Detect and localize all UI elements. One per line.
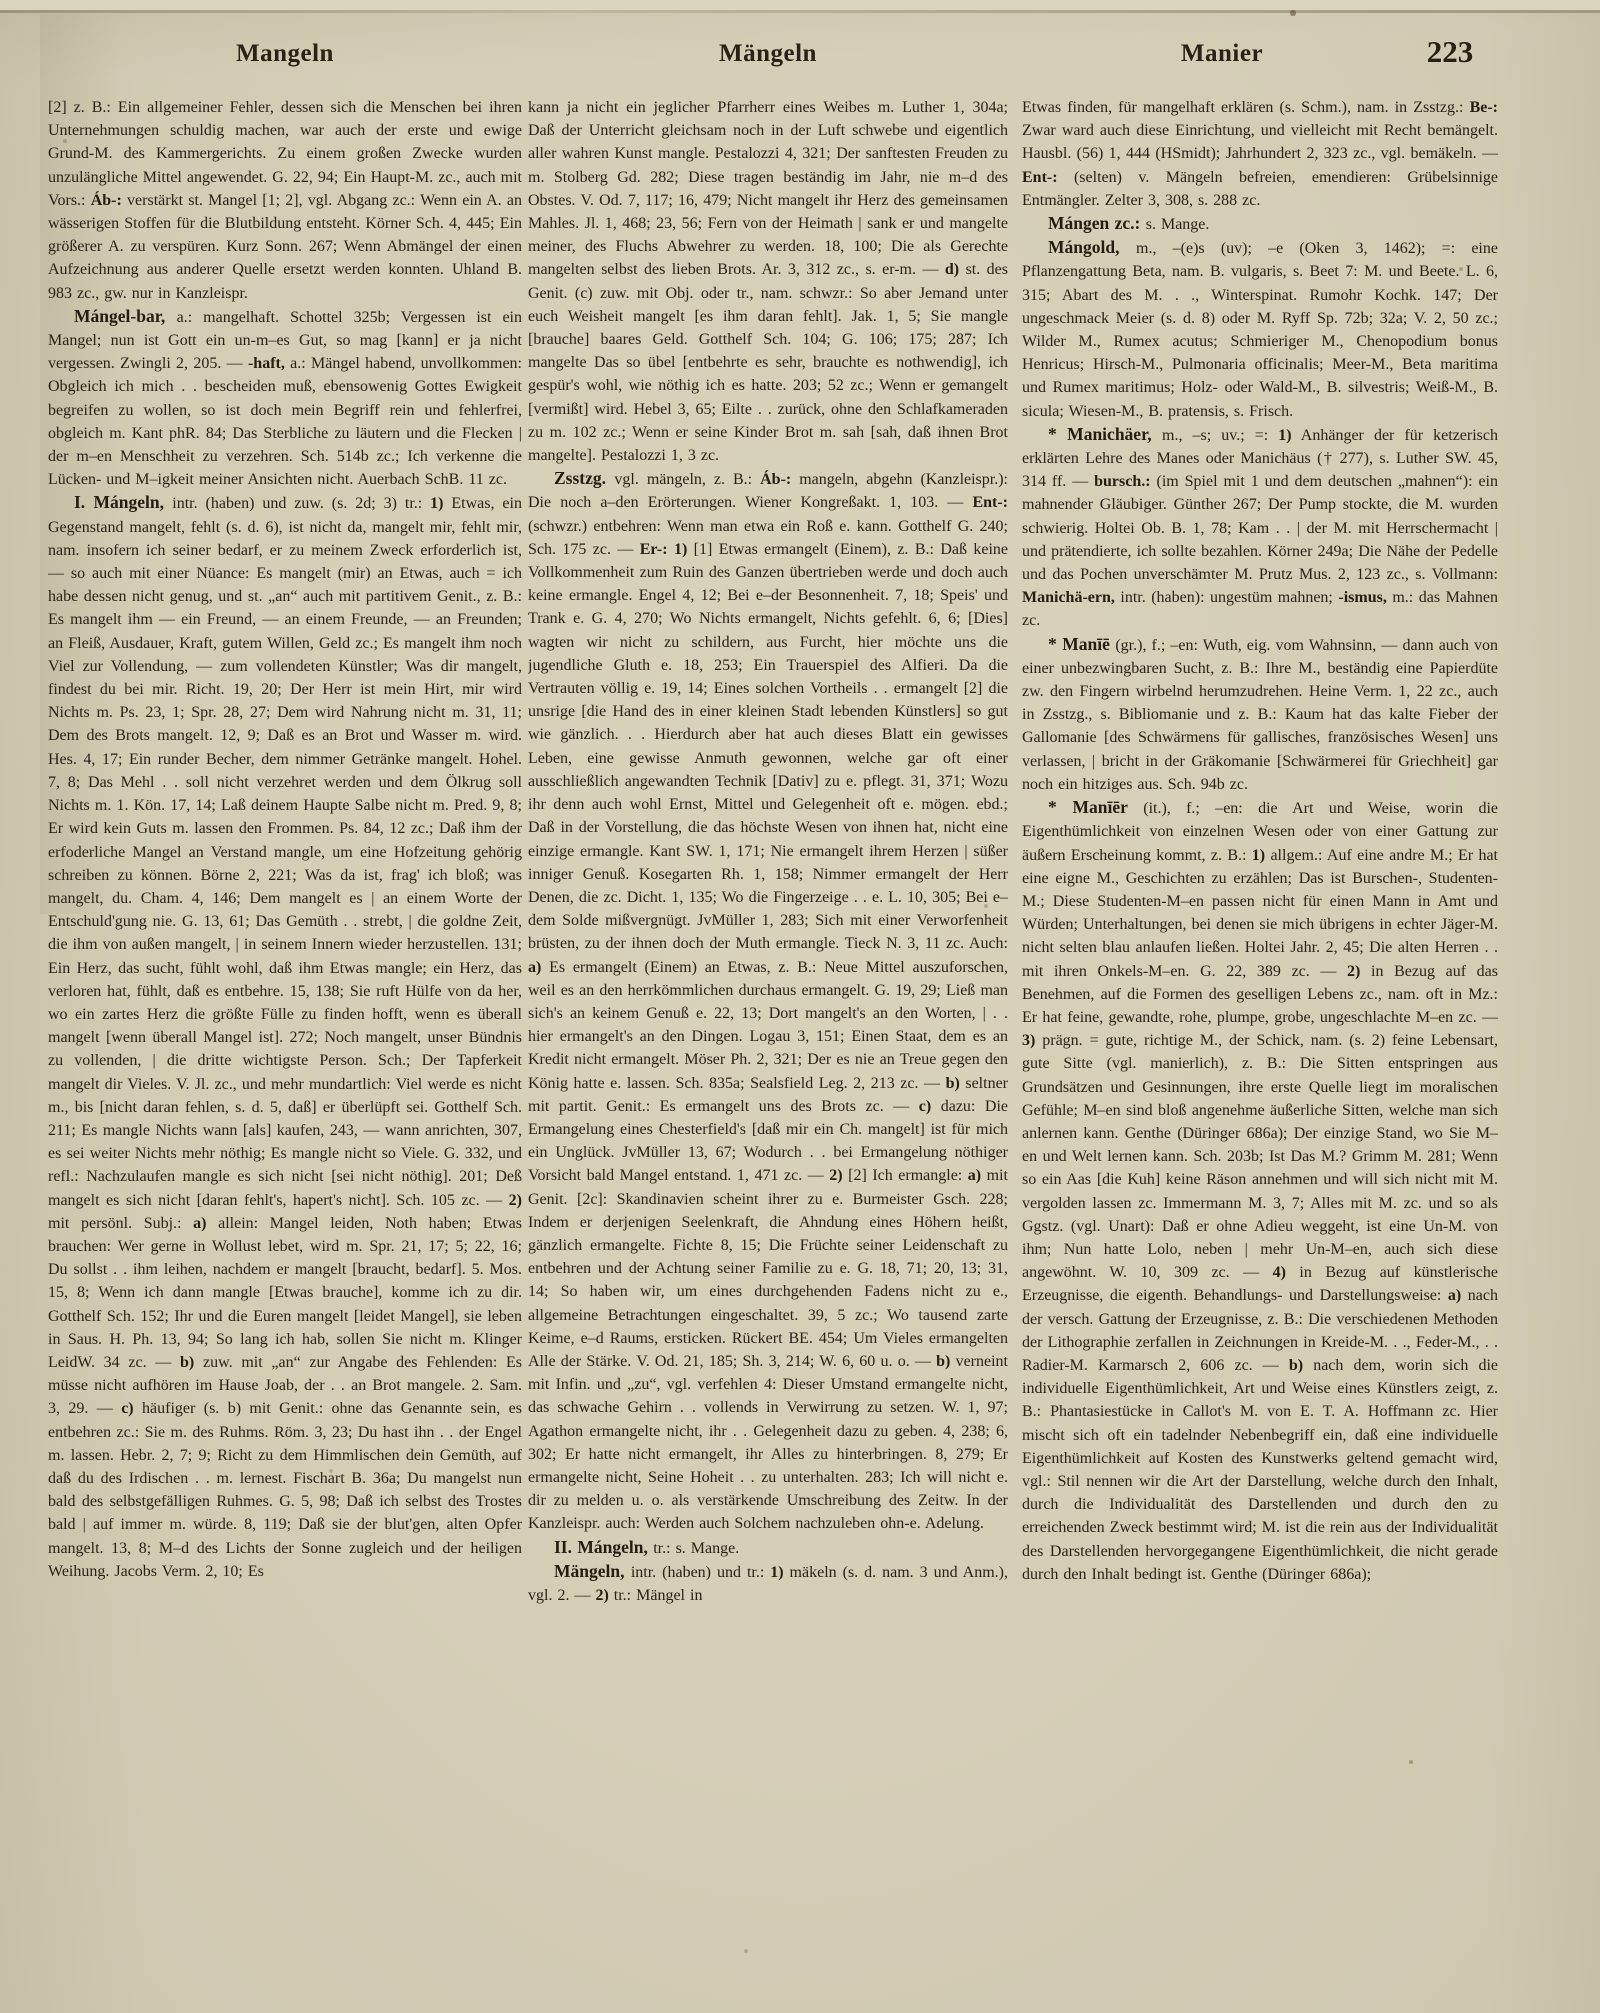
- dictionary-paragraph: kann ja nicht ein jeglicher Pfarrherr ei…: [528, 96, 1008, 467]
- entry-headword: Mángold,: [1048, 237, 1136, 257]
- dictionary-paragraph: Mángel-bar, a.: mangelhaft. Schottel 325…: [48, 305, 522, 492]
- running-head-right: Manier: [1022, 40, 1422, 68]
- text-column-1: [2] z. B.: Ein allgemeiner Fehler, desse…: [48, 96, 522, 1868]
- dictionary-paragraph: Zsstzg. vgl. mängeln, z. B.: Áb-: mangel…: [528, 467, 1008, 1535]
- scan-edge-line: [0, 10, 1600, 13]
- running-head-left: Mangeln: [48, 40, 522, 68]
- dictionary-paragraph: I. Mángeln, intr. (haben) und zuw. (s. 2…: [48, 491, 522, 1583]
- text-column-2: kann ja nicht ein jeglicher Pfarrherr ei…: [528, 96, 1008, 1868]
- entry-headword: Mángen zc.:: [1048, 213, 1146, 233]
- dictionary-paragraph: Mángen zc.: s. Mange.: [1022, 212, 1498, 236]
- dictionary-paragraph: [2] z. B.: Ein allgemeiner Fehler, desse…: [48, 96, 522, 305]
- scanned-dictionary-page: { "colors": { "paper": "#d4cfb6", "ink":…: [0, 0, 1600, 2013]
- entry-headword: Zsstzg.: [554, 468, 614, 488]
- dictionary-paragraph: II. Mángeln, tr.: s. Mange.: [528, 1536, 1008, 1560]
- entry-headword: * Manīēr: [1048, 797, 1143, 817]
- dictionary-paragraph: Etwas finden, für mangelhaft erklären (s…: [1022, 96, 1498, 212]
- entry-headword: * Manichäer,: [1048, 424, 1162, 444]
- entry-headword: * Manīē: [1048, 634, 1115, 654]
- dictionary-paragraph: * Manichäer, m., –s; uv.; =: 1) Anhänger…: [1022, 423, 1498, 633]
- running-head-center: Mängeln: [528, 40, 1008, 68]
- scan-edge-strip: [0, 0, 1600, 10]
- dictionary-paragraph: * Manīēr (it.), f.; –en: die Art und Wei…: [1022, 796, 1498, 1586]
- entry-headword: I. Mángeln,: [74, 492, 172, 512]
- dictionary-paragraph: Mángold, m., –(e)s (uv); –e (Oken 3, 146…: [1022, 236, 1498, 423]
- dictionary-paragraph: Mängeln, intr. (haben) und tr.: 1) mäkel…: [528, 1560, 1008, 1607]
- dictionary-paragraph: * Manīē (gr.), f.; –en: Wuth, eig. vom W…: [1022, 633, 1498, 796]
- entry-headword: II. Mángeln,: [554, 1537, 653, 1557]
- text-column-3: Etwas finden, für mangelhaft erklären (s…: [1022, 96, 1498, 1868]
- entry-headword: Mángel-bar,: [74, 306, 177, 326]
- page-number: 223: [1388, 34, 1512, 70]
- entry-headword: Mängeln,: [554, 1561, 631, 1581]
- paper-specks: [0, 0, 2, 2]
